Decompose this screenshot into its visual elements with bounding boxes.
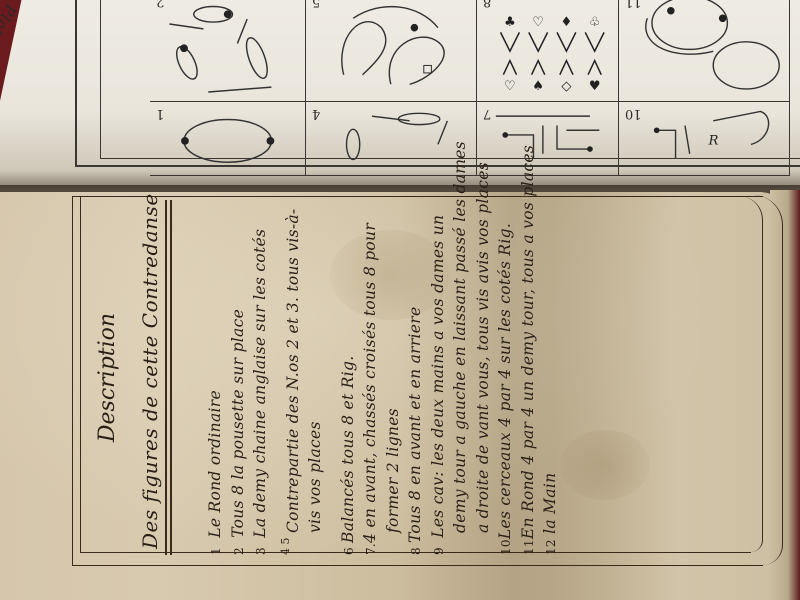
figure-cell-2: 2 (150, 0, 306, 102)
dance-path-diagram-icon (306, 0, 476, 96)
list-item: 10Les cerceaux 4 par 4 sur les cotés Rig… (494, 195, 517, 555)
list-item: 11En Rond 4 par 4 un demy tour, tous a v… (517, 195, 540, 555)
list-item: demy tour a gauche en laissant passé les… (449, 195, 472, 555)
list-item: 1 Le Rond ordinaire (204, 195, 227, 555)
dance-path-diagram-icon (150, 0, 305, 99)
dance-path-diagram-icon (150, 102, 305, 174)
upper-plate-page: Plate ... des figures de cette Contredan… (0, 0, 800, 195)
item-numbers-4-5: 4 5 (279, 538, 292, 556)
list-item: 3 La demy chaine anglaise sur les cotés (249, 195, 272, 555)
svg-text:◇: ◇ (561, 79, 572, 94)
svg-text:♥: ♥ (589, 79, 601, 94)
svg-text:♧: ♧ (589, 15, 601, 30)
svg-text:♦: ♦ (561, 15, 573, 30)
dance-path-diagram-icon: ♣ ♡ ♦ ♧ ♡ ♠ ◇ ♥ (477, 0, 618, 95)
svg-text:R: R (708, 133, 719, 148)
figure-cell-10: 10 R (619, 102, 790, 176)
plate-title: Plate ... des figures de cette Contredan… (0, 2, 20, 169)
figure-list: 1 Le Rond ordinaire 2 Tous 8 la pousette… (204, 195, 562, 555)
svg-text:♠: ♠ (532, 79, 544, 94)
figure-cell-7: 7 (477, 102, 619, 176)
svg-text:♡: ♡ (504, 79, 516, 94)
figure-cell-1: 1 (150, 102, 306, 176)
page-title: Description (90, 200, 126, 555)
dance-path-diagram-icon (477, 102, 618, 172)
description-text-block: Description Des figures de cette Contred… (88, 200, 678, 555)
figure-grid: 2 5 8 (150, 0, 790, 180)
list-item: 9 Les cav: les deux mains a vos dames un (427, 195, 450, 555)
figure-cell-8: 8 ♣ ♡ ♦ ♧ ♡ ♠ ◇ ♥ (477, 0, 619, 102)
list-item: former 2 lignes (382, 195, 405, 555)
list-item: vis vos places (304, 195, 327, 555)
list-item: 8Tous 8 en avant et en arriere (404, 195, 427, 555)
svg-text:♣: ♣ (504, 15, 516, 30)
dance-path-diagram-icon (619, 0, 789, 96)
list-item: 2 Tous 8 la pousette sur place (227, 195, 250, 555)
list-item: 6Balancés tous 8 et Rig. (337, 195, 360, 555)
list-item: Contrepartie des N.os 2 et 3. tous vis-à… (282, 195, 305, 555)
page-subtitle: Des figures de cette Contredanse (132, 194, 168, 549)
svg-text:♡: ♡ (532, 15, 544, 30)
list-item: 7.4 en avant, chassés croisés tous 8 pou… (359, 195, 382, 555)
dance-path-diagram-icon: R (619, 102, 789, 172)
list-item: a droite de vant vous, tous vis avis vos… (472, 195, 495, 555)
figure-cell-5: 5 (306, 0, 477, 102)
list-item: 12 la Main (539, 195, 562, 555)
figure-cell-11: 11 (619, 0, 790, 102)
